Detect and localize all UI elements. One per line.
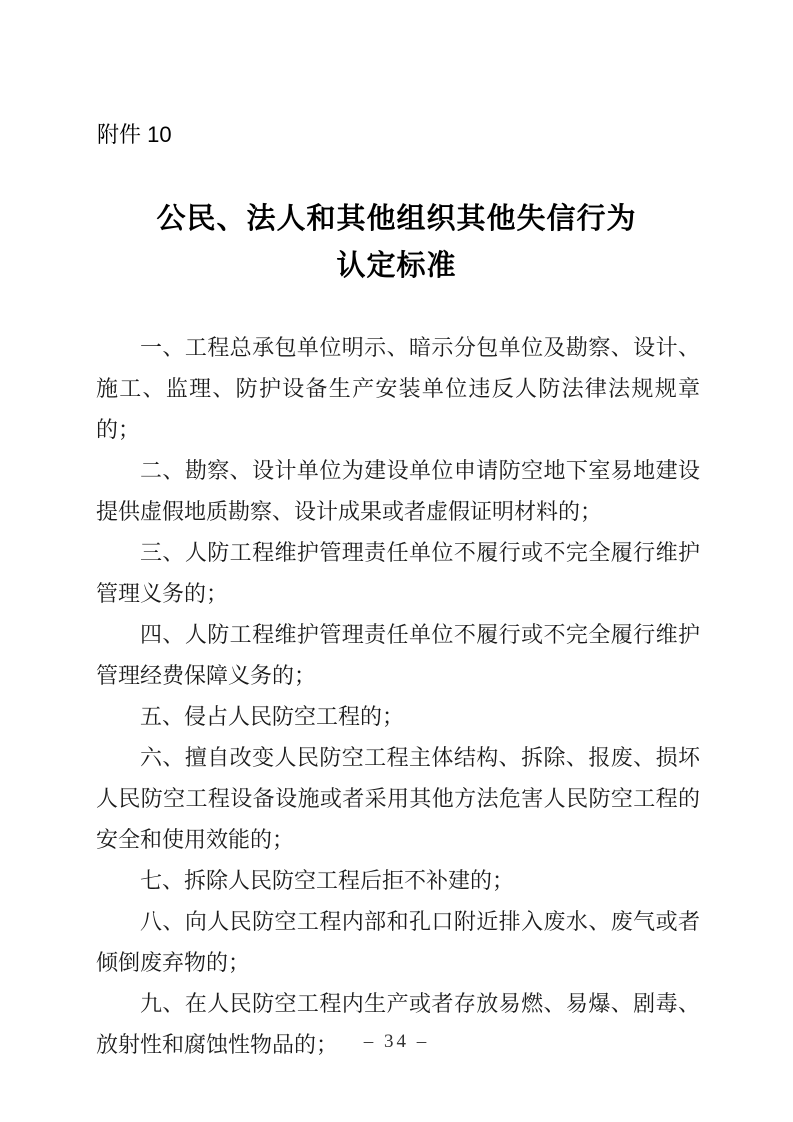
body-paragraph-1: 一、工程总承包单位明示、暗示分包单位及勘察、设计、施工、监理、防护设备生产安装单… [96,327,700,450]
body-paragraph-5: 五、侵占人民防空工程的； [96,696,700,737]
body-paragraph-6: 六、擅自改变人民防空工程主体结构、拆除、报废、损坏人民防空工程设备设施或者采用其… [96,737,700,860]
page-number: – 34 – [0,1031,793,1053]
body-paragraph-7: 七、拆除人民防空工程后拒不补建的； [96,860,700,901]
body-paragraph-3: 三、人防工程维护管理责任单位不履行或不完全履行维护管理义务的； [96,532,700,614]
document-body: 一、工程总承包单位明示、暗示分包单位及勘察、设计、施工、监理、防护设备生产安装单… [96,327,700,1065]
title-line-1: 公民、法人和其他组织其他失信行为 [156,203,636,235]
attachment-label: 附件 10 [97,121,172,149]
title-line-2: 认定标准 [336,250,456,282]
body-paragraph-8: 八、向人民防空工程内部和孔口附近排入废水、废气或者倾倒废弃物的； [96,901,700,983]
document-title: 公民、法人和其他组织其他失信行为 认定标准 [0,196,793,290]
body-paragraph-4: 四、人防工程维护管理责任单位不履行或不完全履行维护管理经费保障义务的； [96,614,700,696]
document-page: 附件 10 公民、法人和其他组织其他失信行为 认定标准 一、工程总承包单位明示、… [0,0,793,1122]
body-paragraph-2: 二、勘察、设计单位为建设单位申请防空地下室易地建设提供虚假地质勘察、设计成果或者… [96,450,700,532]
